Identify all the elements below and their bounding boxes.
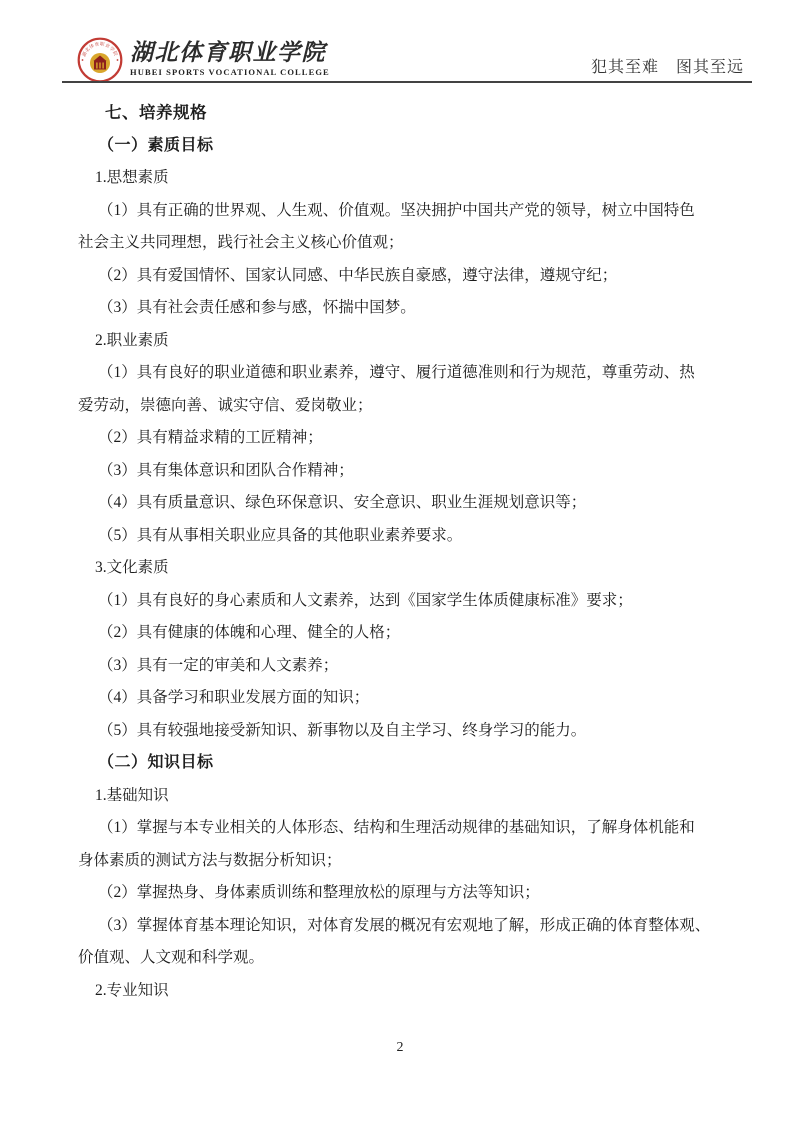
paragraph: （4）具有质量意识、绿色环保意识、安全意识、职业生涯规划意识等；	[78, 487, 754, 520]
page-footer: 2	[0, 1040, 800, 1056]
paragraph: （1）掌握与本专业相关的人体形态、结构和生理活动规律的基础知识，了解身体机能和 …	[78, 812, 754, 877]
page-number: 2	[397, 1040, 404, 1055]
section-heading: 七、培养规格	[78, 97, 754, 130]
page-header: 湖北体育职业学院 湖北体育职业学院 HUBEI SPORTS VOCATIONA…	[0, 0, 800, 84]
subsection-heading: （一）素质目标	[78, 130, 754, 163]
school-name-english: HUBEI SPORTS VOCATIONAL COLLEGE	[130, 67, 410, 77]
paragraph: （1）具有良好的职业道德和职业素养，遵守、履行道德准则和行为规范，尊重劳动、热 …	[78, 357, 754, 422]
subsection-heading: （二）知识目标	[78, 747, 754, 780]
paragraph: （3）掌握体育基本理论知识，对体育发展的概况有宏观地了解，形成正确的体育整体观、…	[78, 910, 754, 975]
paragraph: （4）具备学习和职业发展方面的知识；	[78, 682, 754, 715]
paragraph: （2）具有精益求精的工匠精神；	[78, 422, 754, 455]
list-label: 2.职业素质	[78, 325, 754, 358]
school-name-block: 湖北体育职业学院 HUBEI SPORTS VOCATIONAL COLLEGE	[130, 40, 410, 77]
list-label: 3.文化素质	[78, 552, 754, 585]
school-name-calligraphy: 湖北体育职业学院	[130, 40, 410, 66]
paragraph: （3）具有一定的审美和人文素养；	[78, 650, 754, 683]
paragraph: （3）具有集体意识和团队合作精神；	[78, 455, 754, 488]
paragraph: （1）具有良好的身心素质和人文素养，达到《国家学生体质健康标准》要求；	[78, 585, 754, 618]
paragraph: （3）具有社会责任感和参与感，怀揣中国梦。	[78, 292, 754, 325]
paragraph: （5）具有从事相关职业应具备的其他职业素养要求。	[78, 520, 754, 553]
header-divider	[62, 81, 752, 83]
paragraph: （2）具有爱国情怀、国家认同感、中华民族自豪感，遵守法律，遵规守纪；	[78, 260, 754, 293]
list-label: 2.专业知识	[78, 975, 754, 1008]
document-page: 湖北体育职业学院 湖北体育职业学院 HUBEI SPORTS VOCATIONA…	[0, 0, 800, 1131]
list-label: 1.思想素质	[78, 162, 754, 195]
list-label: 1.基础知识	[78, 780, 754, 813]
paragraph: （2）具有健康的体魄和心理、健全的人格；	[78, 617, 754, 650]
header-motto: 犯其至难 图其至远	[591, 54, 744, 77]
paragraph: （2）掌握热身、身体素质训练和整理放松的原理与方法等知识；	[78, 877, 754, 910]
school-seal-logo: 湖北体育职业学院	[77, 37, 123, 83]
document-body: 七、培养规格（一）素质目标1.思想素质（1）具有正确的世界观、人生观、价值观。坚…	[78, 97, 754, 1007]
paragraph: （1）具有正确的世界观、人生观、价值观。坚决拥护中国共产党的领导，树立中国特色 …	[78, 195, 754, 260]
paragraph: （5）具有较强地接受新知识、新事物以及自主学习、终身学习的能力。	[78, 715, 754, 748]
